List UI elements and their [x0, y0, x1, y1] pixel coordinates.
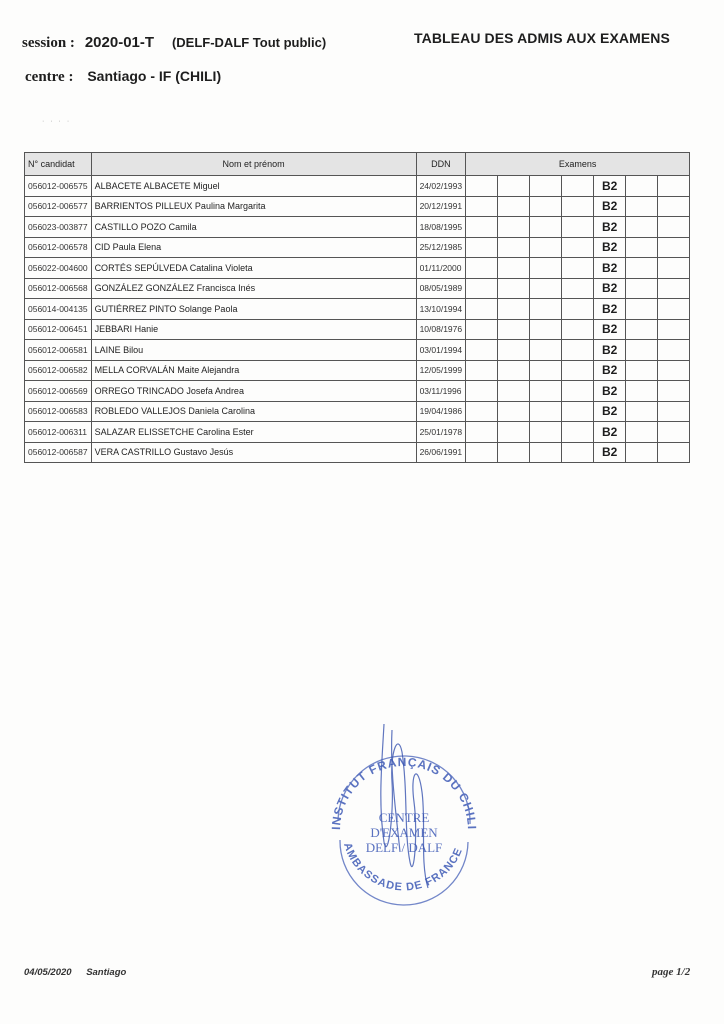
exam-cell-empty [466, 401, 498, 422]
candidate-number: 056012-006577 [25, 196, 92, 217]
candidate-name: ALBACETE ALBACETE Miguel [91, 176, 416, 197]
exam-cell-empty [466, 299, 498, 320]
exam-cell-empty [562, 278, 594, 299]
table-row: 056014-004135GUTIÉRREZ PINTO Solange Pao… [25, 299, 690, 320]
exam-cell-empty [658, 422, 690, 443]
exam-level: B2 [594, 176, 626, 197]
exam-cell-empty [498, 258, 530, 279]
exam-cell-empty [626, 381, 658, 402]
exam-cell-empty [466, 319, 498, 340]
exam-cell-empty [658, 176, 690, 197]
candidate-name: LAINE Bilou [91, 340, 416, 361]
exam-cell-empty [466, 422, 498, 443]
exam-cell-empty [498, 422, 530, 443]
document-title: TABLEAU DES ADMIS AUX EXAMENS [414, 30, 670, 46]
page-number: page 1/2 [652, 966, 690, 978]
exam-cell-empty [498, 381, 530, 402]
header-birth-date: DDN [416, 153, 466, 176]
candidate-birth-date: 18/08/1995 [416, 217, 466, 238]
exam-cell-empty [530, 237, 562, 258]
candidate-name: JEBBARI Hanie [91, 319, 416, 340]
session-type: (DELF-DALF Tout public) [172, 35, 326, 50]
exam-cell-empty [498, 401, 530, 422]
candidate-name: BARRIENTOS PILLEUX Paulina Margarita [91, 196, 416, 217]
exam-cell-empty [562, 381, 594, 402]
candidate-birth-date: 26/06/1991 [416, 442, 466, 463]
exam-cell-empty [530, 217, 562, 238]
session-label: session : [22, 35, 75, 51]
candidate-birth-date: 13/10/1994 [416, 299, 466, 320]
exam-cell-empty [562, 422, 594, 443]
exam-level: B2 [594, 319, 626, 340]
exam-cell-empty [498, 319, 530, 340]
exam-level: B2 [594, 196, 626, 217]
signature-icon [381, 724, 428, 888]
exam-cell-empty [658, 319, 690, 340]
session-line: session : 2020-01-T (DELF-DALF Tout publ… [22, 34, 326, 52]
exam-cell-empty [466, 237, 498, 258]
exam-cell-empty [466, 360, 498, 381]
stamp-inner-line-3: DELF / DALF [366, 840, 443, 855]
exam-cell-empty [530, 176, 562, 197]
exam-cell-empty [466, 340, 498, 361]
exam-cell-empty [466, 217, 498, 238]
official-stamp-with-signature: INSTITUT FRANÇAIS DU CHILI AMBASSADE DE … [318, 712, 488, 908]
exam-cell-empty [626, 299, 658, 320]
exam-cell-empty [658, 299, 690, 320]
candidate-name: ORREGO TRINCADO Josefa Andrea [91, 381, 416, 402]
candidate-number: 056023-003877 [25, 217, 92, 238]
exam-cell-empty [562, 442, 594, 463]
exam-cell-empty [562, 217, 594, 238]
candidate-birth-date: 24/02/1993 [416, 176, 466, 197]
exam-cell-empty [626, 442, 658, 463]
exam-cell-empty [626, 196, 658, 217]
exam-level: B2 [594, 442, 626, 463]
header-name: Nom et prénom [91, 153, 416, 176]
exam-cell-empty [530, 381, 562, 402]
exam-level: B2 [594, 360, 626, 381]
candidate-name: CID Paula Elena [91, 237, 416, 258]
table-row: 056012-006582MELLA CORVALÁN Maite Alejan… [25, 360, 690, 381]
exam-cell-empty [498, 217, 530, 238]
exam-cell-empty [498, 299, 530, 320]
candidate-birth-date: 01/11/2000 [416, 258, 466, 279]
session-code: 2020-01-T [85, 34, 154, 51]
exam-cell-empty [658, 237, 690, 258]
exam-cell-empty [626, 401, 658, 422]
exam-cell-empty [498, 278, 530, 299]
exam-cell-empty [530, 422, 562, 443]
header-exams: Examens [466, 153, 690, 176]
candidate-birth-date: 10/08/1976 [416, 319, 466, 340]
exam-level: B2 [594, 381, 626, 402]
exam-cell-empty [658, 401, 690, 422]
exam-cell-empty [498, 176, 530, 197]
exam-cell-empty [466, 278, 498, 299]
candidate-number: 056012-006587 [25, 442, 92, 463]
exam-cell-empty [562, 340, 594, 361]
candidate-birth-date: 03/11/1996 [416, 381, 466, 402]
stamp-inner-line-1: CENTRE [379, 810, 430, 825]
exam-cell-empty [658, 258, 690, 279]
exam-cell-empty [466, 442, 498, 463]
exam-cell-empty [466, 176, 498, 197]
candidate-birth-date: 25/01/1978 [416, 422, 466, 443]
candidate-number: 056014-004135 [25, 299, 92, 320]
exam-cell-empty [626, 360, 658, 381]
exam-level: B2 [594, 237, 626, 258]
exam-cell-empty [626, 319, 658, 340]
exam-level: B2 [594, 401, 626, 422]
table-row: 056012-006587VERA CASTRILLO Gustavo Jesú… [25, 442, 690, 463]
table-row: 056012-006311SALAZAR ELISSETCHE Carolina… [25, 422, 690, 443]
exam-cell-empty [658, 360, 690, 381]
candidate-number: 056022-004600 [25, 258, 92, 279]
candidate-name: MELLA CORVALÁN Maite Alejandra [91, 360, 416, 381]
exam-level: B2 [594, 258, 626, 279]
table-row: 056012-006578CID Paula Elena25/12/1985B2 [25, 237, 690, 258]
exam-cell-empty [530, 299, 562, 320]
footer-date-location: 04/05/2020 Santiago [24, 967, 126, 978]
candidate-name: ROBLEDO VALLEJOS Daniela Carolina [91, 401, 416, 422]
table-row: 056012-006577BARRIENTOS PILLEUX Paulina … [25, 196, 690, 217]
exam-cell-empty [530, 360, 562, 381]
exam-cell-empty [626, 258, 658, 279]
candidate-birth-date: 20/12/1991 [416, 196, 466, 217]
table-header-row: N° candidat Nom et prénom DDN Examens [25, 153, 690, 176]
candidate-number: 056012-006569 [25, 381, 92, 402]
exam-cell-empty [466, 258, 498, 279]
exam-cell-empty [466, 196, 498, 217]
candidate-number: 056012-006583 [25, 401, 92, 422]
exam-cell-empty [658, 381, 690, 402]
centre-label: centre : [25, 69, 73, 85]
exam-cell-empty [498, 442, 530, 463]
candidate-number: 056012-006568 [25, 278, 92, 299]
exam-cell-empty [658, 217, 690, 238]
candidate-name: GONZÁLEZ GONZÁLEZ Francisca Inés [91, 278, 416, 299]
exam-level: B2 [594, 340, 626, 361]
exam-cell-empty [562, 299, 594, 320]
exam-cell-empty [658, 196, 690, 217]
table-row: 056012-006569ORREGO TRINCADO Josefa Andr… [25, 381, 690, 402]
header-candidate-number: N° candidat [25, 153, 92, 176]
exam-cell-empty [530, 319, 562, 340]
candidate-name: SALAZAR ELISSETCHE Carolina Ester [91, 422, 416, 443]
exam-cell-empty [530, 196, 562, 217]
exam-cell-empty [562, 196, 594, 217]
exam-cell-empty [466, 381, 498, 402]
candidate-name: VERA CASTRILLO Gustavo Jesús [91, 442, 416, 463]
exam-cell-empty [658, 278, 690, 299]
candidate-number: 056012-006582 [25, 360, 92, 381]
exam-level: B2 [594, 217, 626, 238]
table-row: 056012-006581LAINE Bilou03/01/1994B2 [25, 340, 690, 361]
exam-cell-empty [562, 258, 594, 279]
exam-cell-empty [530, 401, 562, 422]
candidate-birth-date: 03/01/1994 [416, 340, 466, 361]
candidate-number: 056012-006451 [25, 319, 92, 340]
exam-cell-empty [530, 278, 562, 299]
exam-cell-empty [626, 278, 658, 299]
centre-value: Santiago - IF (CHILI) [87, 68, 221, 84]
candidate-birth-date: 19/04/1986 [416, 401, 466, 422]
admitted-table: N° candidat Nom et prénom DDN Examens 05… [24, 152, 690, 463]
exam-cell-empty [626, 217, 658, 238]
candidate-birth-date: 25/12/1985 [416, 237, 466, 258]
exam-cell-empty [626, 237, 658, 258]
table-row: 056023-003877CASTILLO POZO Camila18/08/1… [25, 217, 690, 238]
exam-level: B2 [594, 299, 626, 320]
exam-cell-empty [530, 340, 562, 361]
exam-cell-empty [498, 237, 530, 258]
exam-cell-empty [530, 442, 562, 463]
exam-cell-empty [626, 176, 658, 197]
table-row: 056012-006583ROBLEDO VALLEJOS Daniela Ca… [25, 401, 690, 422]
candidate-number: 056012-006311 [25, 422, 92, 443]
decorative-dots: · · · · [42, 118, 71, 125]
table-row: 056022-004600CORTÉS SEPÚLVEDA Catalina V… [25, 258, 690, 279]
centre-line: centre : Santiago - IF (CHILI) [25, 68, 221, 86]
exam-level: B2 [594, 422, 626, 443]
candidate-birth-date: 12/05/1999 [416, 360, 466, 381]
candidate-number: 056012-006575 [25, 176, 92, 197]
candidate-number: 056012-006578 [25, 237, 92, 258]
exam-cell-empty [498, 340, 530, 361]
stamp-inner-line-2: D'EXAMEN [370, 825, 438, 840]
exam-cell-empty [562, 401, 594, 422]
candidate-name: GUTIÉRREZ PINTO Solange Paola [91, 299, 416, 320]
candidate-birth-date: 08/05/1989 [416, 278, 466, 299]
footer-city: Santiago [86, 967, 126, 978]
table-row: 056012-006568GONZÁLEZ GONZÁLEZ Francisca… [25, 278, 690, 299]
table-row: 056012-006451JEBBARI Hanie10/08/1976B2 [25, 319, 690, 340]
table-row: 056012-006575ALBACETE ALBACETE Miguel24/… [25, 176, 690, 197]
footer-date: 04/05/2020 [24, 967, 72, 978]
exam-level: B2 [594, 278, 626, 299]
exam-cell-empty [658, 442, 690, 463]
exam-cell-empty [498, 360, 530, 381]
exam-cell-empty [626, 340, 658, 361]
candidate-number: 056012-006581 [25, 340, 92, 361]
exam-cell-empty [626, 422, 658, 443]
exam-cell-empty [562, 360, 594, 381]
candidate-name: CASTILLO POZO Camila [91, 217, 416, 238]
exam-cell-empty [530, 258, 562, 279]
exam-cell-empty [562, 176, 594, 197]
exam-cell-empty [658, 340, 690, 361]
candidate-name: CORTÉS SEPÚLVEDA Catalina Violeta [91, 258, 416, 279]
exam-cell-empty [498, 196, 530, 217]
exam-cell-empty [562, 319, 594, 340]
exam-cell-empty [562, 237, 594, 258]
